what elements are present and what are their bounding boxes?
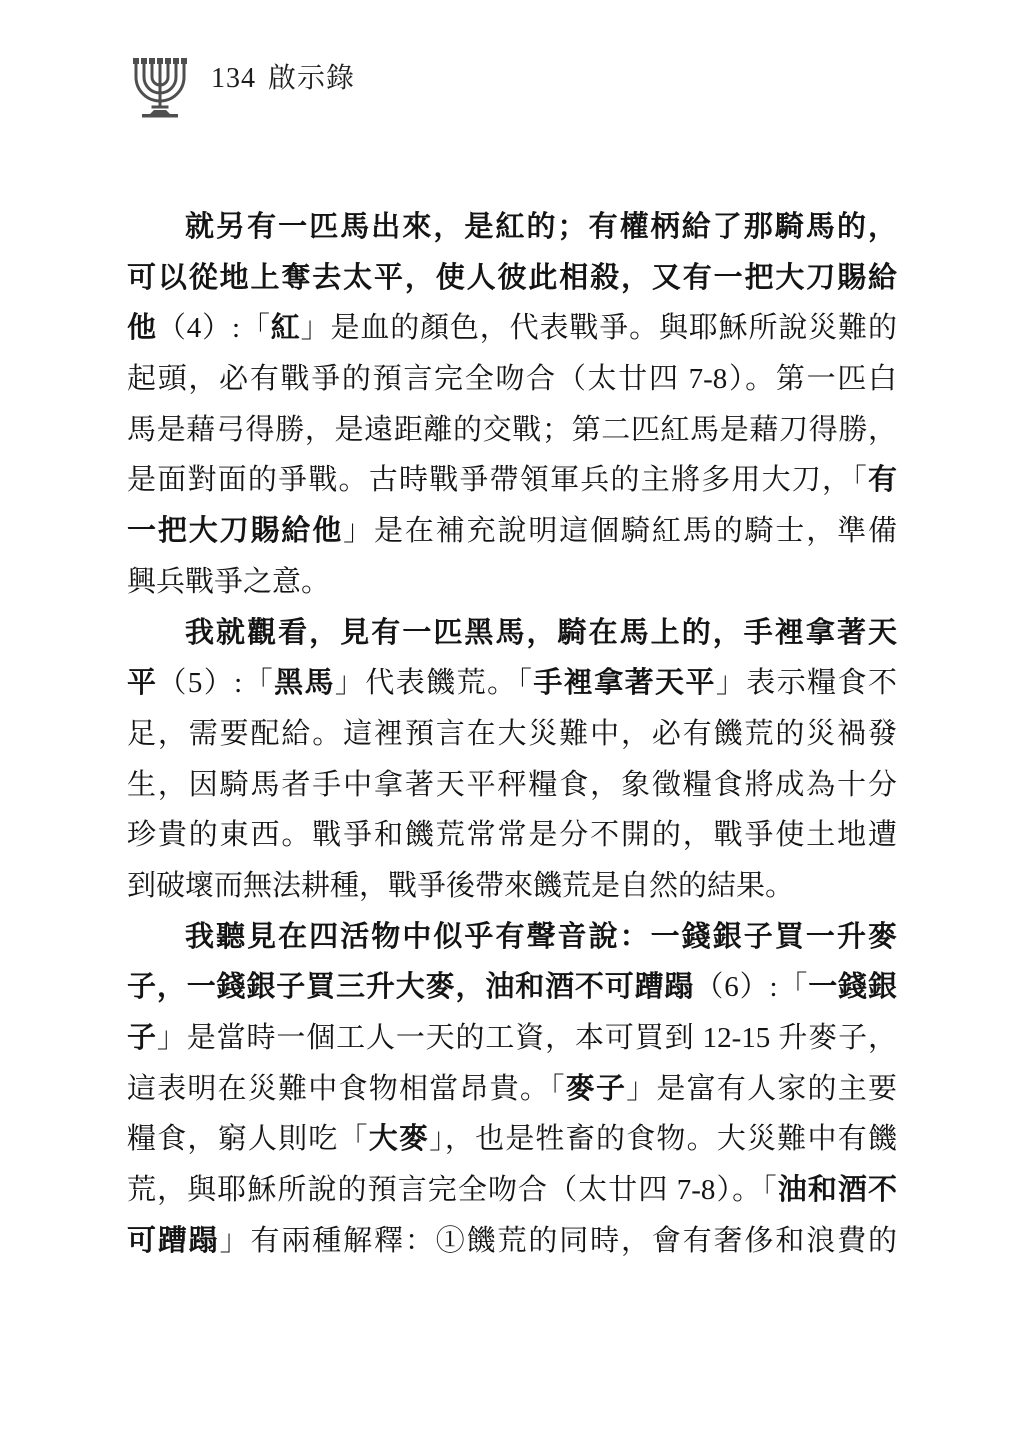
quoted-term: 一錢銀: [808, 971, 897, 1003]
commentary-text: 」是在補充說明這個騎紅馬的騎士，準備: [343, 515, 897, 547]
scripture-text: 我就觀看，見有一匹黑馬，騎在馬上的，手裡拿著天: [185, 617, 897, 649]
page-header: 134啟示錄: [126, 52, 355, 118]
commentary-text: 」是富有人家的主要: [626, 1073, 897, 1105]
book-title: 啟示錄: [268, 63, 355, 94]
quoted-term: 麥子: [566, 1073, 626, 1105]
commentary-text: 」是當時一個工人一天的工資，本可買到 12-15 升麥子，: [157, 1022, 897, 1054]
running-head: 134啟示錄: [211, 62, 355, 96]
commentary-text: 」，也是牲畜的食物。大災難中有饑: [429, 1123, 897, 1155]
text-line: 足，需要配給。這裡預言在大災難中，必有饑荒的災禍發: [127, 709, 897, 760]
commentary-text: 起頭，必有戰爭的預言完全吻合（太廿四 7-8）。第一匹白: [127, 363, 897, 395]
text-line: 是面對面的爭戰。古時戰爭帶領軍兵的主將多用大刀，「有: [127, 455, 897, 506]
quoted-term: 油和酒不: [778, 1174, 897, 1206]
quoted-term: 有: [868, 464, 897, 496]
text-line: 生，因騎馬者手中拿著天平秤糧食，象徵糧食將成為十分: [127, 760, 897, 811]
text-line: 糧食，窮人則吃「大麥」，也是牲畜的食物。大災難中有饑: [127, 1114, 897, 1165]
quoted-term: 可蹧蹋: [127, 1225, 220, 1257]
text-line: 平（5）:「黑馬」代表饑荒。「手裡拿著天平」表示糧食不: [127, 658, 897, 709]
commentary-text: 」是血的顏色，代表戰爭。與耶穌所說災難的: [301, 312, 897, 344]
text-line: 就另有一匹馬出來，是紅的；有權柄給了那騎馬的，: [127, 202, 897, 253]
text-line: 起頭，必有戰爭的預言完全吻合（太廿四 7-8）。第一匹白: [127, 354, 897, 405]
commentary-text: 足，需要配給。這裡預言在大災難中，必有饑荒的災禍發: [127, 718, 897, 750]
scripture-text: 可以從地上奪去太平，使人彼此相殺，又有一把大刀賜給: [127, 262, 897, 294]
text-line: 馬是藉弓得勝，是遠距離的交戰；第二匹紅馬是藉刀得勝，: [127, 405, 897, 456]
commentary-text: 生，因騎馬者手中拿著天平秤糧食，象徵糧食將成為十分: [127, 769, 897, 801]
text-line: 子，一錢銀子買三升大麥，油和酒不可蹧蹋（6）:「一錢銀: [127, 962, 897, 1013]
commentary-text: 」有兩種解釋：①饑荒的同時，會有奢侈和浪費的: [220, 1225, 897, 1257]
text-line: 到破壞而無法耕種，戰爭後帶來饑荒是自然的結果。: [127, 861, 897, 912]
quoted-term: 大麥: [369, 1123, 429, 1155]
commentary-text: 馬是藉弓得勝，是遠距離的交戰；第二匹紅馬是藉刀得勝，: [127, 414, 897, 446]
text-line: 可以從地上奪去太平，使人彼此相殺，又有一把大刀賜給: [127, 253, 897, 304]
menorah-icon: [126, 52, 194, 118]
scripture-text: 平: [127, 667, 157, 699]
quoted-term: 子: [127, 1022, 157, 1054]
text-line: 珍貴的東西。戰爭和饑荒常常是分不開的，戰爭使土地遭: [127, 810, 897, 861]
scripture-text: 他: [127, 312, 157, 344]
scripture-text: 就另有一匹馬出來，是紅的；有權柄給了那騎馬的，: [185, 211, 897, 243]
text-line: 可蹧蹋」有兩種解釋：①饑荒的同時，會有奢侈和浪費的: [127, 1216, 897, 1267]
quoted-term: 紅: [271, 312, 301, 344]
commentary-text: 荒，與耶穌所說的預言完全吻合（太廿四 7-8）。「: [127, 1174, 778, 1206]
quoted-term: 一把大刀賜給他: [127, 515, 343, 547]
text-line: 這表明在災難中食物相當昂貴。「麥子」是富有人家的主要: [127, 1064, 897, 1115]
text-line: 子」是當時一個工人一天的工資，本可買到 12-15 升麥子，: [127, 1013, 897, 1064]
commentary-text: 」表示糧食不: [716, 667, 897, 699]
page-number: 134: [211, 63, 256, 94]
commentary-text: 糧食，窮人則吃「: [127, 1123, 369, 1155]
text-line: 我就觀看，見有一匹黑馬，騎在馬上的，手裡拿著天: [127, 608, 897, 659]
commentary-text: （4）:「: [157, 312, 271, 344]
text-line: 興兵戰爭之意。: [127, 557, 897, 608]
commentary-text: 到破壞而無法耕種，戰爭後帶來饑荒是自然的結果。: [127, 870, 794, 902]
text-line: 我聽見在四活物中似乎有聲音說：一錢銀子買一升麥: [127, 912, 897, 963]
commentary-text: 這表明在災難中食物相當昂貴。「: [127, 1073, 566, 1105]
text-line: 荒，與耶穌所說的預言完全吻合（太廿四 7-8）。「油和酒不: [127, 1165, 897, 1216]
scripture-text: 子，一錢銀子買三升大麥，油和酒不可蹧蹋: [127, 971, 694, 1003]
commentary-text: 是面對面的爭戰。古時戰爭帶領軍兵的主將多用大刀，「: [127, 464, 868, 496]
commentary-text: 」代表饑荒。「: [335, 667, 533, 699]
commentary-text: （5）:「: [157, 667, 274, 699]
commentary-text: 興兵戰爭之意。: [127, 566, 330, 598]
text-line: 一把大刀賜給他」是在補充說明這個騎紅馬的騎士，準備: [127, 506, 897, 557]
quoted-term: 黑馬: [274, 667, 335, 699]
quoted-term: 手裡拿著天平: [533, 667, 716, 699]
commentary-text: （6）:「: [694, 971, 808, 1003]
body-text: 就另有一匹馬出來，是紅的；有權柄給了那騎馬的， 可以從地上奪去太平，使人彼此相殺…: [127, 202, 897, 1266]
scripture-text: 我聽見在四活物中似乎有聲音說：一錢銀子買一升麥: [185, 921, 897, 953]
text-line: 他（4）:「紅」是血的顏色，代表戰爭。與耶穌所說災難的: [127, 303, 897, 354]
commentary-text: 珍貴的東西。戰爭和饑荒常常是分不開的，戰爭使土地遭: [127, 819, 897, 851]
